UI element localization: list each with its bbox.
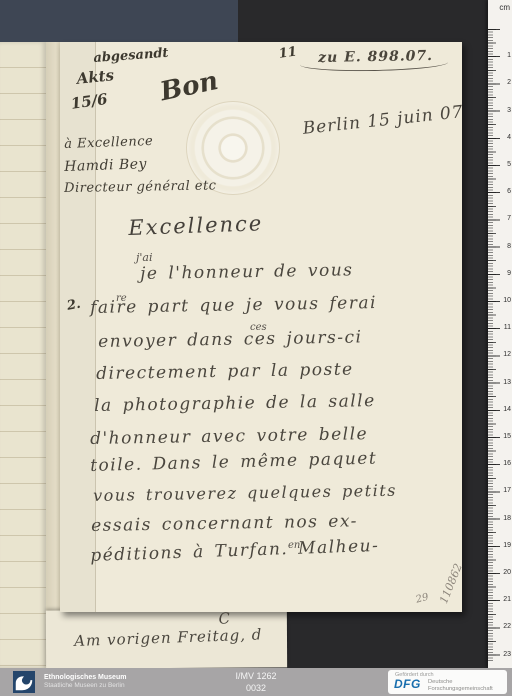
ruler-number: 16 [503, 460, 511, 467]
handwritten-line: 2. [66, 298, 82, 313]
handwritten-line: Berlin 15 juin 07 [302, 104, 464, 138]
ruler-number: 2 [507, 79, 511, 86]
ruler-number: 19 [503, 542, 511, 549]
handwritten-line: essais concernant nos ex- [91, 513, 358, 535]
handwritten-line: directement par la poste [96, 362, 354, 383]
handwritten-line: je l'honneur de vous [140, 262, 354, 283]
ruler-number: 7 [507, 215, 511, 222]
ruler-number: 18 [503, 515, 511, 522]
ruler-number: 1 [507, 52, 511, 59]
ruler-unit-label: cm [499, 3, 510, 12]
ruler-number: 20 [503, 569, 511, 576]
handwritten-line: j'ai [136, 252, 153, 263]
ruler-number: 11 [504, 324, 511, 331]
footer-bar: Ethnologisches Museum Staatliche Museen … [0, 668, 512, 696]
ruler-number: 13 [503, 379, 511, 386]
dfg-logo: DFG [394, 677, 421, 691]
ruler-number: 5 [507, 161, 511, 168]
handwritten-line: Akts [76, 68, 115, 87]
handwritten-line: Bon [158, 68, 220, 106]
handwritten-line: abgesandt [93, 47, 169, 65]
handwritten-line: à Excellence [64, 135, 153, 151]
measurement-ruler: cm 1234567891011121314151617181920212223 [488, 0, 512, 668]
handwriting-layer: abgesandtAktsBon15/611zu E. 898.07.Berli… [0, 0, 512, 668]
handwritten-line: Directeur général etc [64, 179, 217, 195]
handwritten-line: Excellence [128, 213, 264, 239]
handwritten-line: toile. Dans le même paquet [90, 450, 377, 475]
handwritten-line: faire part que je vous ferai [90, 295, 377, 317]
scan-viewer-page: abgesandtAktsBon15/611zu E. 898.07.Berli… [0, 0, 512, 696]
handwritten-line: Hamdi Bey [64, 157, 147, 174]
handwritten-line: 29 [415, 593, 430, 606]
ruler-number: 10 [503, 297, 511, 304]
ruler-number: 15 [503, 433, 511, 440]
handwritten-line: péditions à Turfan. Malheu- [90, 538, 380, 565]
handwritten-line: 110862 [438, 562, 464, 605]
handwritten-line: d'honneur avec votre belle [90, 426, 368, 448]
funder-name: Deutsche Forschungsgemeinschaft [428, 679, 493, 693]
ruler-number: 14 [503, 406, 511, 413]
ruler-number: 6 [507, 188, 511, 195]
handwritten-line: 11 [278, 45, 298, 60]
ruler-number: 21 [503, 596, 511, 603]
ruler-number: 3 [507, 107, 511, 114]
handwritten-line: envoyer dans ces jours-ci [98, 329, 363, 351]
handwritten-line: Am vorigen Freitag, d [74, 627, 263, 649]
ruler-number: 4 [507, 134, 511, 141]
ruler-number: 23 [503, 651, 511, 658]
handwritten-line: C [218, 611, 232, 627]
ruler-number: 8 [507, 243, 511, 250]
dfg-funding-card: Gefördert durch DFG Deutsche Forschungsg… [388, 670, 507, 694]
handwritten-line: la photographie de la salle [94, 393, 376, 415]
ruler-number: 12 [503, 351, 511, 358]
ruler-number: 22 [503, 623, 511, 630]
ruler-number: 17 [503, 487, 511, 494]
handwritten-line: 15/6 [70, 92, 109, 112]
ruler-ticks: 1234567891011121314151617181920212223 [488, 29, 512, 661]
handwritten-line: vous trouverez quelques petits [93, 483, 397, 504]
ruler-number: 9 [507, 270, 511, 277]
handwritten-line: zu E. 898.07. [318, 49, 433, 65]
